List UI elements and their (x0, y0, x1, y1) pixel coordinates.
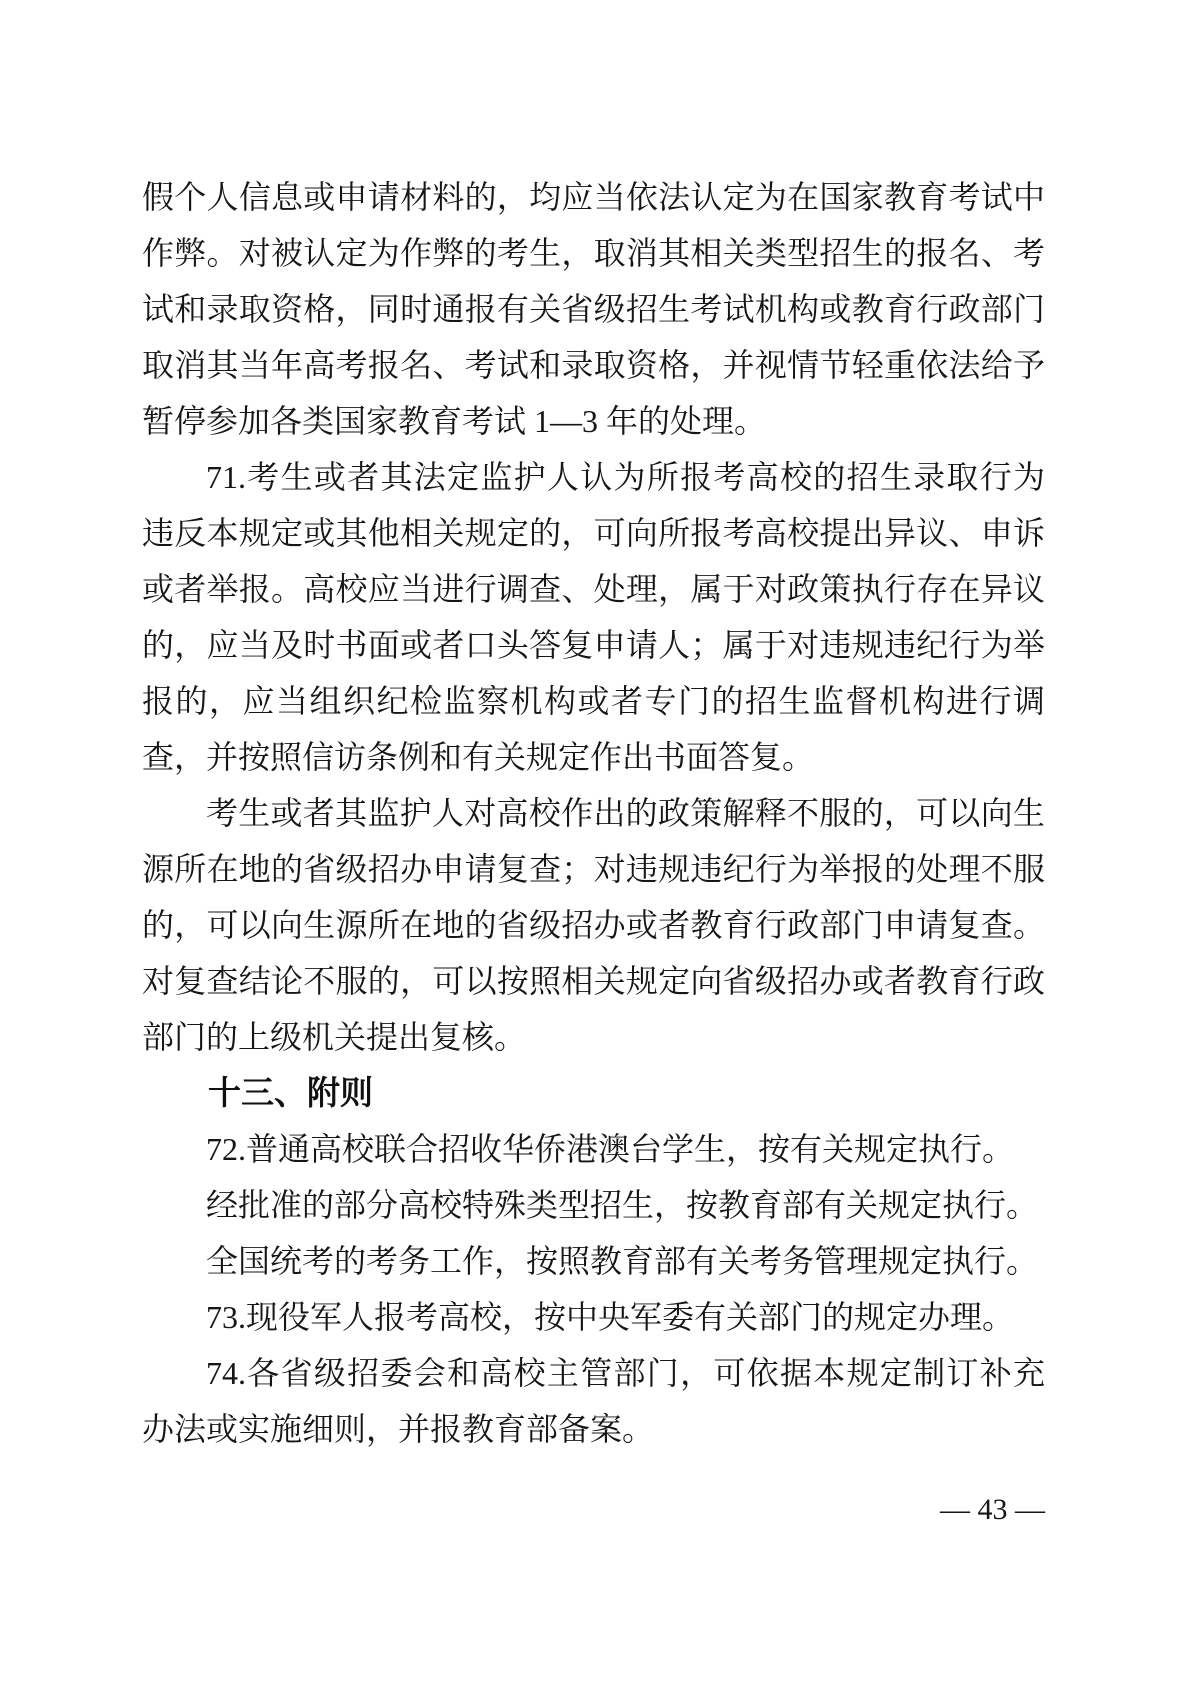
paragraph-74-supplementary-rules: 74.各省级招委会和高校主管部门，可依据本规定制订补充办法或实施细则，并报教育部… (142, 1345, 1045, 1457)
page-number: — 43 — (940, 1492, 1045, 1528)
paragraph-continuation-exam-cheating-penalty: 假个人信息或申请材料的，均应当依法认定为在国家教育考试中作弊。对被认定为作弊的考… (142, 169, 1045, 449)
paragraph-73-military-applicants: 73.现役军人报考高校，按中央军委有关部门的规定办理。 (142, 1289, 1045, 1345)
paragraph-71-objection-appeal: 71.考生或者其法定监护人认为所报考高校的招生录取行为违反本规定或其他相关规定的… (142, 449, 1045, 785)
section-heading-13-appendix: 十三、附则 (142, 1065, 1045, 1121)
paragraph-72-special-admissions: 经批准的部分高校特殊类型招生，按教育部有关规定执行。 (142, 1177, 1045, 1233)
document-body: 假个人信息或申请材料的，均应当依法认定为在国家教育考试中作弊。对被认定为作弊的考… (142, 169, 1045, 1457)
paragraph-72-national-exam-admin: 全国统考的考务工作，按照教育部有关考务管理规定执行。 (142, 1233, 1045, 1289)
document-page: 假个人信息或申请材料的，均应当依法认定为在国家教育考试中作弊。对被认定为作弊的考… (0, 0, 1191, 1684)
paragraph-72-overseas-students: 72.普通高校联合招收华侨港澳台学生，按有关规定执行。 (142, 1121, 1045, 1177)
paragraph-71-review-recheck: 考生或者其监护人对高校作出的政策解释不服的，可以向生源所在地的省级招办申请复查；… (142, 785, 1045, 1065)
